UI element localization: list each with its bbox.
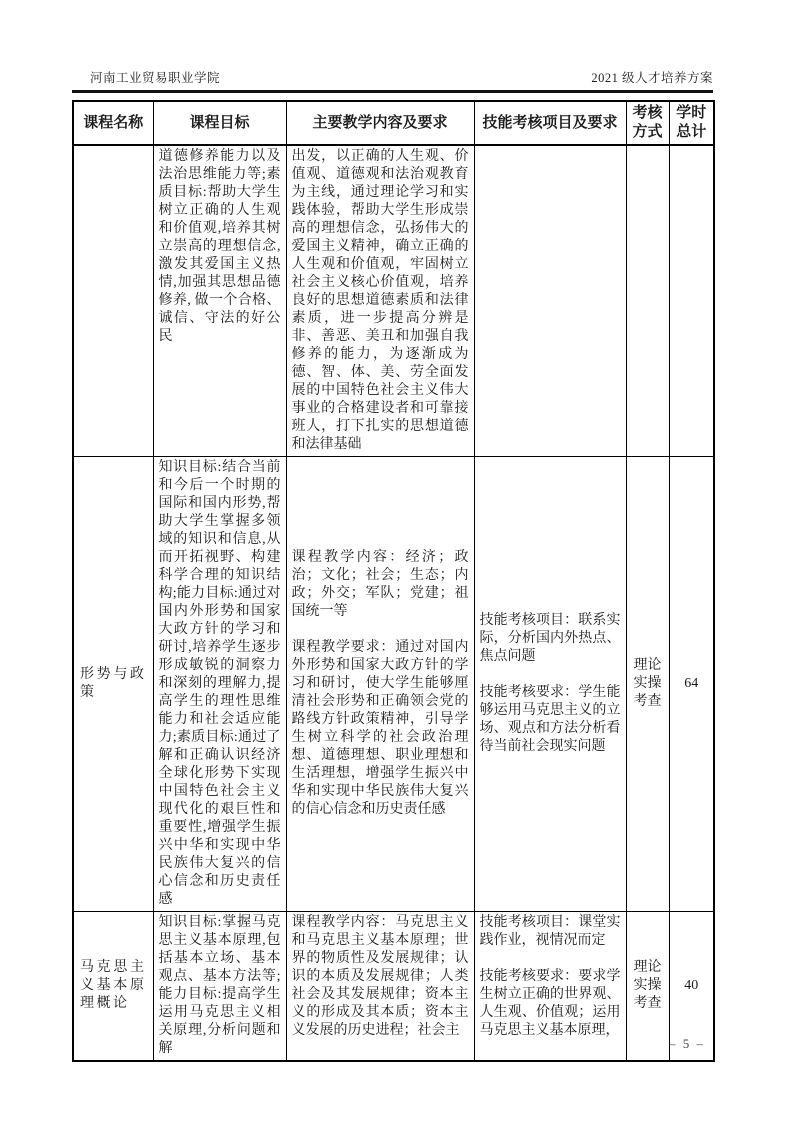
column-header-teaching-content: 主要教学内容及要求: [286, 101, 474, 145]
objectives-paragraph: 道德修养能力以及法治思维能力等;素质目标:帮助大学生树立正确的人生观和价值观,培…: [159, 148, 281, 346]
cell-course-objectives: 知识目标:结合当前和今后一个时期的国际和国内形势,帮助大学生掌握多领域的知识和信…: [153, 457, 286, 912]
column-header-total-hours: 学时总计: [669, 101, 714, 145]
cell-course-name: 形势与政策: [73, 457, 153, 912]
header-rule: [72, 90, 713, 93]
column-header-objectives: 课程目标: [153, 101, 286, 145]
cell-assessment-method: 理论实操考查: [626, 457, 669, 912]
objectives-paragraph: 知识目标:掌握马克思主义基本原理,包括基本立场、基本观点、基本方法等; 能力目标…: [159, 914, 281, 1058]
table-header-row: 课程名称 课程目标 主要教学内容及要求 技能考核项目及要求 考核方式 学时总计: [73, 101, 714, 145]
cell-total-hours: [669, 145, 714, 457]
cell-total-hours: 64: [669, 457, 714, 912]
page-header-school-name: 河南工业贸易职业学院: [90, 68, 220, 86]
column-header-skill-assessment: 技能考核项目及要求: [474, 101, 626, 145]
table-row-marxism-principles: 马克思主义基本原理概论 知识目标:掌握马克思主义基本原理,包括基本立场、基本观点…: [73, 912, 714, 1062]
teaching-content-paragraph: 课程教学内容：马克思主义和马克思主义基本原理；世界的物质性及发展规律；认识的本质…: [292, 914, 469, 1040]
cell-assessment-method: 理论实操考查: [626, 912, 669, 1062]
assessment-requirements-paragraph: 技能考核要求：学生能够运用马克思主义的立场、观点和方法分析看待当前社会现实问题: [480, 684, 621, 756]
assessment-project-paragraph: 技能考核项目：课堂实践作业，视情况而定: [480, 914, 621, 950]
document-page: { "page": { "school_name": "河南工业贸易职业学院",…: [0, 0, 793, 1122]
cell-teaching-content: 课程教学内容：经济；政治；文化；社会；生态；内政；外交；军队；党建；祖国统一等 …: [286, 457, 474, 912]
teaching-requirements-paragraph: 课程教学要求：通过对国内外形势和国家大政方针的学习和研讨，使大学生能够厘清社会形…: [292, 639, 469, 819]
page-number: – 5 –: [669, 1036, 705, 1052]
cell-skill-assessment: [474, 145, 626, 457]
cell-skill-assessment: 技能考核项目：课堂实践作业，视情况而定 技能考核要求：要求学生树立正确的世界观、…: [474, 912, 626, 1062]
column-header-course-name: 课程名称: [73, 101, 153, 145]
assessment-project-paragraph: 技能考核项目：联系实际，分析国内外热点、焦点问题: [480, 612, 621, 666]
cell-course-name: 马克思主义基本原理概论: [73, 912, 153, 1062]
page-header-plan-title: 2021 级人才培养方案: [591, 68, 713, 86]
objectives-paragraph: 知识目标:结合当前和今后一个时期的国际和国内形势,帮助大学生掌握多领域的知识和信…: [159, 459, 281, 909]
cell-assessment-method: [626, 145, 669, 457]
cell-course-name: [73, 145, 153, 457]
course-plan-table: 课程名称 课程目标 主要教学内容及要求 技能考核项目及要求 考核方式 学时总计 …: [72, 100, 715, 1062]
cell-teaching-content: 课程教学内容：马克思主义和马克思主义基本原理；世界的物质性及发展规律；认识的本质…: [286, 912, 474, 1062]
table-row-continuation: 道德修养能力以及法治思维能力等;素质目标:帮助大学生树立正确的人生观和价值观,培…: [73, 145, 714, 457]
cell-course-objectives: 知识目标:掌握马克思主义基本原理,包括基本立场、基本观点、基本方法等; 能力目标…: [153, 912, 286, 1062]
cell-skill-assessment: 技能考核项目：联系实际，分析国内外热点、焦点问题 技能考核要求：学生能够运用马克…: [474, 457, 626, 912]
cell-course-objectives: 道德修养能力以及法治思维能力等;素质目标:帮助大学生树立正确的人生观和价值观,培…: [153, 145, 286, 457]
column-header-assessment-method: 考核方式: [626, 101, 669, 145]
teaching-paragraph: 出发，以正确的人生观、价值观、道德观和法治观教育为主线，通过理论学习和实践体验，…: [292, 148, 469, 454]
cell-teaching-content: 出发，以正确的人生观、价值观、道德观和法治观教育为主线，通过理论学习和实践体验，…: [286, 145, 474, 457]
table-row-situation-policy: 形势与政策 知识目标:结合当前和今后一个时期的国际和国内形势,帮助大学生掌握多领…: [73, 457, 714, 912]
teaching-content-paragraph: 课程教学内容：经济；政治；文化；社会；生态；内政；外交；军队；党建；祖国统一等: [292, 549, 469, 621]
assessment-requirements-paragraph: 技能考核要求：要求学生树立正确的世界观、人生观、价值观；运用马克思主义基本原理，: [480, 968, 621, 1040]
